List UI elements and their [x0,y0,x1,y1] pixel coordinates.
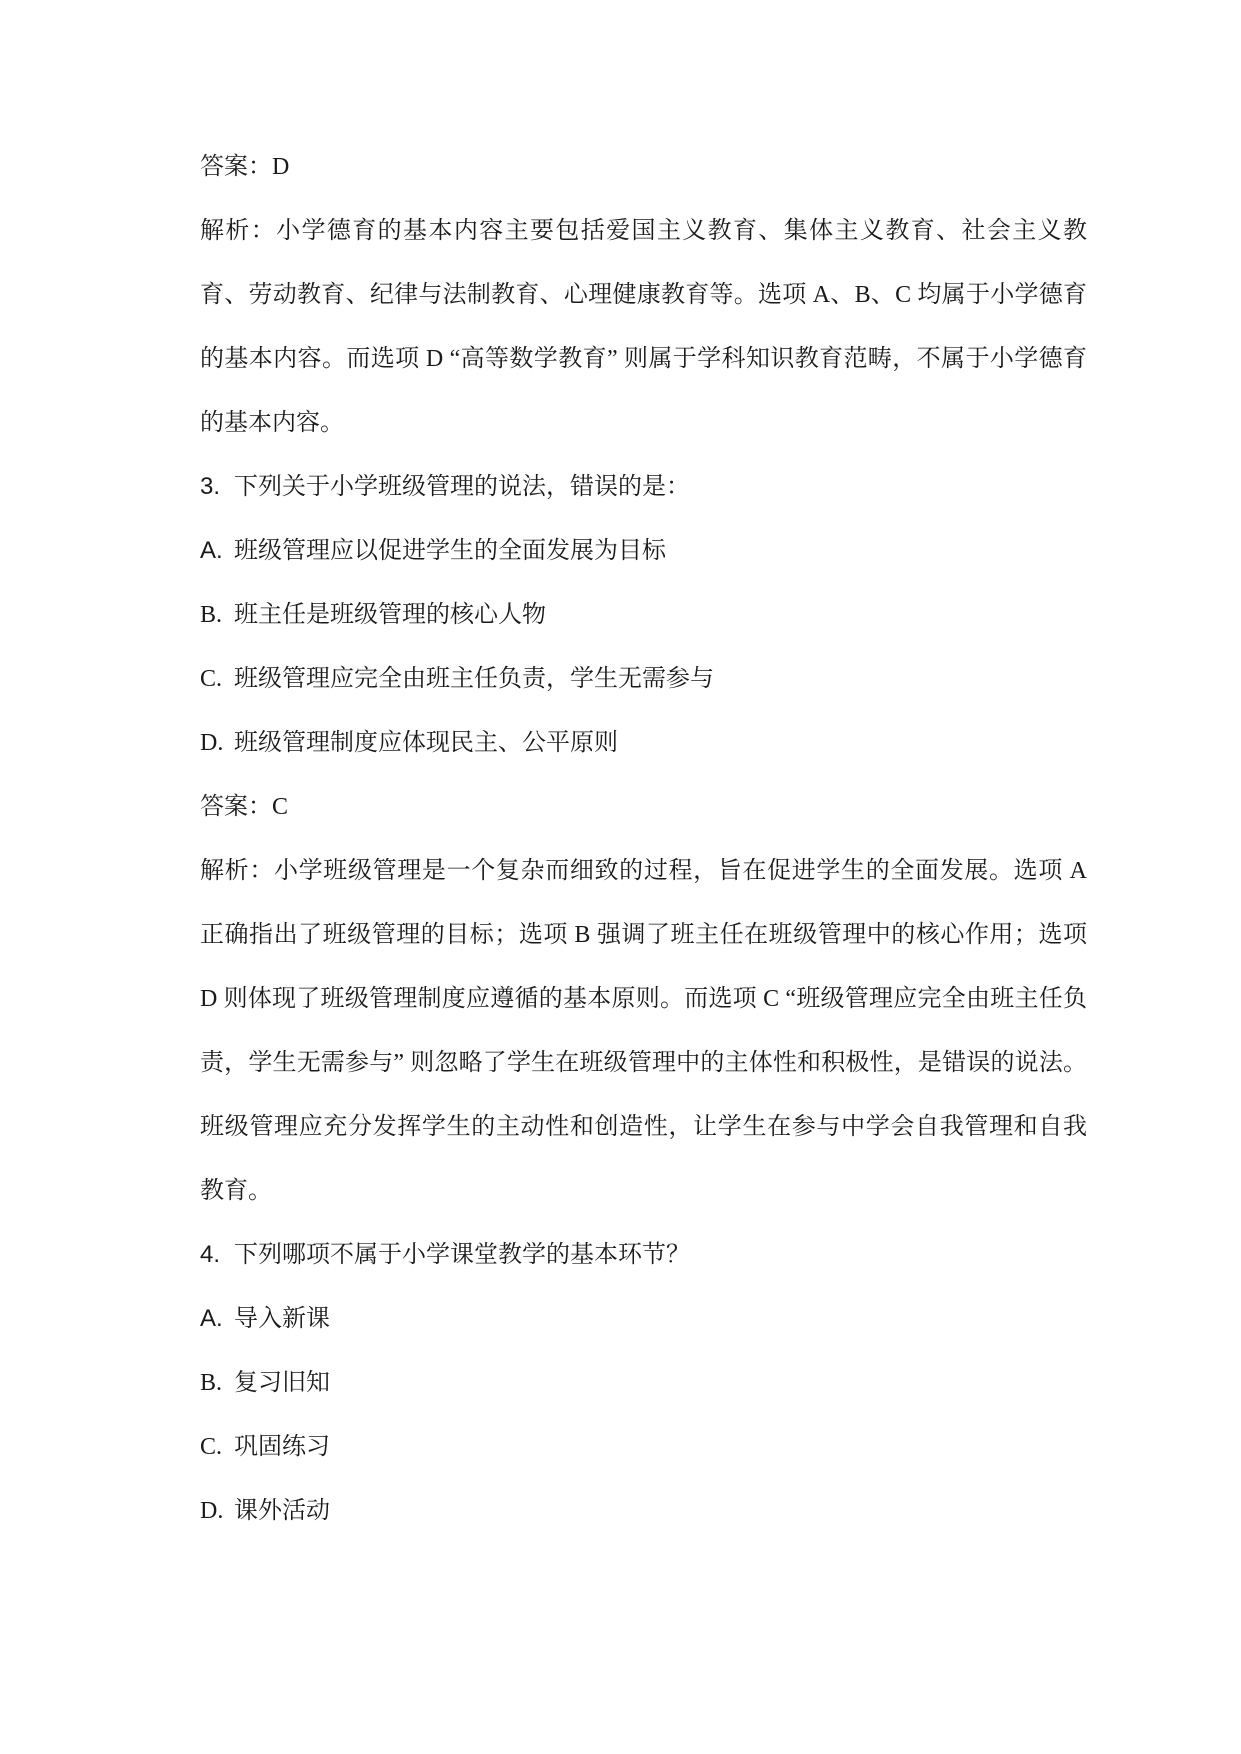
q4-question-text: 下列哪项不属于小学课堂教学的基本环节？ [234,1223,1087,1287]
q3-option-a-label: A. [200,519,234,583]
q3-question-text: 下列关于小学班级管理的说法，错误的是： [234,455,1087,519]
q4-question-number: 4. [200,1223,234,1287]
q4-option-b-label: B. [200,1351,234,1415]
q4-option-d-text: 课外活动 [234,1479,1087,1543]
q3-option-d-row: D. 班级管理制度应体现民主、公平原则 [200,711,1087,775]
q4-stem-row: 4. 下列哪项不属于小学课堂教学的基本环节？ [200,1223,1087,1287]
q4-option-c-text: 巩固练习 [234,1415,1087,1479]
q2-answer-line: 答案：D [200,135,1087,199]
q3-question-number: 3. [200,455,234,519]
q3-option-c-row: C. 班级管理应完全由班主任负责，学生无需参与 [200,647,1087,711]
q3-option-d-label: D. [200,711,234,775]
q3-stem-row: 3. 下列关于小学班级管理的说法，错误的是： [200,455,1087,519]
q4-option-c-label: C. [200,1415,234,1479]
q4-option-b-text: 复习旧知 [234,1351,1087,1415]
q4-option-a-row: A. 导入新课 [200,1287,1087,1351]
q3-option-c-text: 班级管理应完全由班主任负责，学生无需参与 [234,647,1087,711]
q3-option-a-text: 班级管理应以促进学生的全面发展为目标 [234,519,1087,583]
q3-option-b-row: B. 班主任是班级管理的核心人物 [200,583,1087,647]
q3-answer-line: 答案：C [200,775,1087,839]
document-content: 答案：D 解析：小学德育的基本内容主要包括爱国主义教育、集体主义教育、社会主义教… [0,0,1241,1543]
q4-option-a-text: 导入新课 [234,1287,1087,1351]
q2-analysis-paragraph: 解析：小学德育的基本内容主要包括爱国主义教育、集体主义教育、社会主义教育、劳动教… [200,199,1087,455]
q3-analysis-paragraph: 解析：小学班级管理是一个复杂而细致的过程，旨在促进学生的全面发展。选项 A 正确… [200,839,1087,1223]
q4-option-c-row: C. 巩固练习 [200,1415,1087,1479]
q4-option-d-label: D. [200,1479,234,1543]
q4-option-a-label: A. [200,1287,234,1351]
q3-option-d-text: 班级管理制度应体现民主、公平原则 [234,711,1087,775]
q3-option-b-text: 班主任是班级管理的核心人物 [234,583,1087,647]
q4-option-d-row: D. 课外活动 [200,1479,1087,1543]
q4-option-b-row: B. 复习旧知 [200,1351,1087,1415]
document-page: 答案：D 解析：小学德育的基本内容主要包括爱国主义教育、集体主义教育、社会主义教… [0,0,1241,1754]
q3-option-b-label: B. [200,583,234,647]
q3-option-a-row: A. 班级管理应以促进学生的全面发展为目标 [200,519,1087,583]
q3-option-c-label: C. [200,647,234,711]
